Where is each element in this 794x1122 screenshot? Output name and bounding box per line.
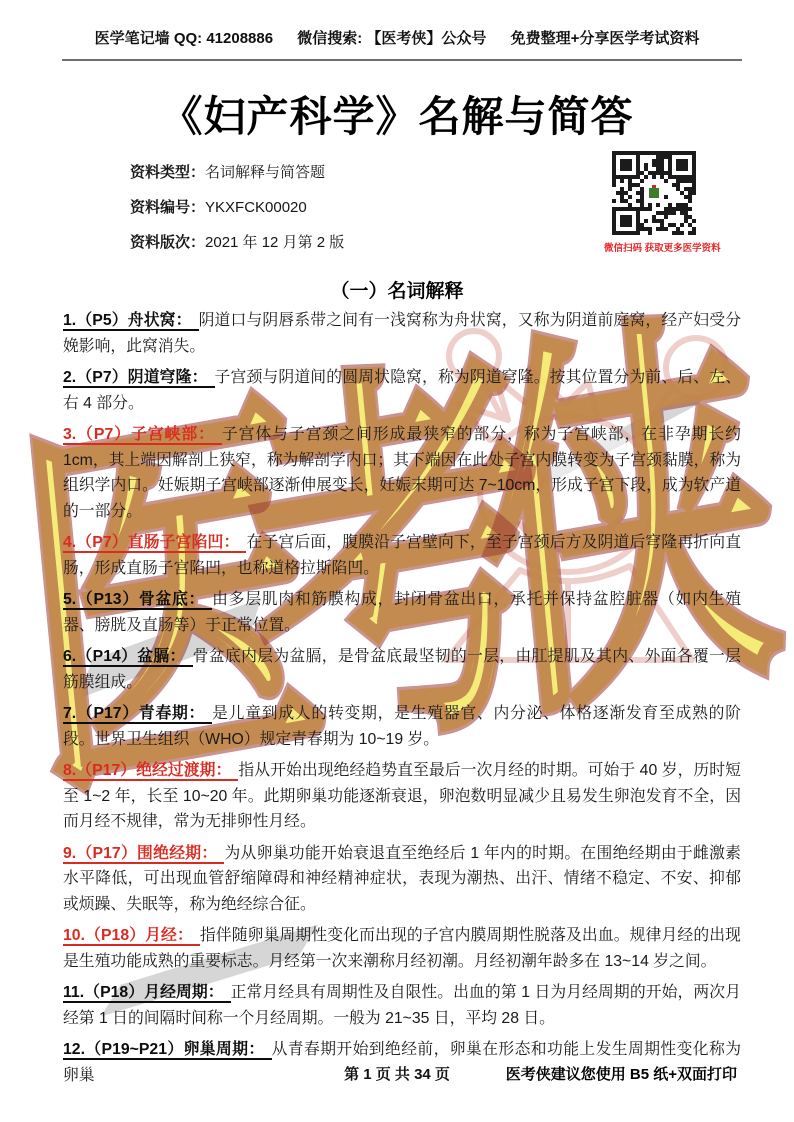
qr-block: 微信扫码 获取更多医学资料: [604, 149, 704, 254]
meta-value: YKXFCK00020: [205, 199, 307, 216]
print-suggestion: 医考侠建议您使用 B5 纸+双面打印: [506, 1063, 737, 1084]
meta-row-number: 资料编号：YKXFCK00020: [130, 190, 344, 225]
term-item: 1.（P5）舟状窝：阴道口与阴唇系带之间有一浅窝称为舟状窝，又称为阴道前庭窝，经…: [63, 308, 741, 359]
wechat-qr-code: [610, 149, 698, 237]
meta-row-type: 资料类型：名词解释与简答题: [130, 155, 344, 190]
header-divider: [62, 59, 742, 61]
term-head: 6.（P14）盆膈：: [63, 648, 193, 667]
term-head: 11.（P18）月经周期：: [63, 984, 231, 1003]
term-item: 10.（P18）月经：指伴随卵巢周期性变化而出现的子宫内膜周期性脱落及出血。规律…: [63, 923, 741, 974]
document-title: 《妇产科学》名解与简答: [0, 84, 794, 144]
page-header: 医学笔记墙 QQ: 41208886 微信搜索: 【医考侠】公众号 免费整理+分…: [0, 27, 794, 48]
section-title: （一）名词解释: [0, 276, 794, 303]
term-head: 10.（P18）月经：: [63, 927, 200, 946]
term-item: 7.（P17）青春期：是儿童到成人的转变期，是生殖器官、内分泌、体格逐渐发育至成…: [63, 701, 741, 752]
term-item: 6.（P14）盆膈：骨盆底内层为盆膈，是骨盆底最坚韧的一层，由肛提肌及其内、外面…: [63, 644, 741, 695]
meta-value: 2021 年 12 月第 2 版: [205, 234, 344, 251]
meta-label: 资料版次：: [130, 234, 205, 251]
term-head: 12.（P19~P21）卵巢周期：: [63, 1041, 272, 1060]
term-head: 1.（P5）舟状窝：: [63, 312, 199, 331]
meta-value: 名词解释与简答题: [205, 164, 325, 181]
term-item: 5.（P13）骨盆底：由多层肌肉和筋膜构成，封闭骨盆出口，承托并保持盆腔脏器（如…: [63, 587, 741, 638]
term-item: 3.（P7）子宫峡部：子宫体与子宫颈之间形成最狭窄的部分，称为子宫峡部，在非孕期…: [63, 422, 741, 524]
terms-list: 1.（P5）舟状窝：阴道口与阴唇系带之间有一浅窝称为舟状窝，又称为阴道前庭窝，经…: [63, 308, 741, 1094]
meta-label: 资料编号：: [130, 199, 205, 216]
term-item: 2.（P7）阴道穹隆：子宫颈与阴道间的圆周状隐窝，称为阴道穹隆。按其位置分为前、…: [63, 365, 741, 416]
term-head: 3.（P7）子宫峡部：: [63, 426, 222, 445]
term-item: 11.（P18）月经周期：正常月经具有周期性及自限性。出血的第 1 日为月经周期…: [63, 980, 741, 1031]
term-item: 8.（P17）绝经过渡期：指从开始出现绝经趋势直至最后一次月经的时期。可始于 4…: [63, 758, 741, 835]
term-head: 2.（P7）阴道穹隆：: [63, 369, 215, 388]
header-slogan: 免费整理+分享医学考试资料: [511, 30, 700, 47]
qr-caption: 微信扫码 获取更多医学资料: [604, 240, 704, 254]
meta-block: 资料类型：名词解释与简答题 资料编号：YKXFCK00020 资料版次：2021…: [130, 155, 344, 260]
term-head: 4.（P7）直肠子宫陷凹：: [63, 534, 246, 553]
header-qq-contact: 医学笔记墙 QQ: 41208886: [95, 30, 273, 47]
term-item: 9.（P17）围绝经期：为从卵巢功能开始衰退直至绝经后 1 年内的时期。在围绝经…: [63, 841, 741, 918]
term-head: 7.（P17）青春期：: [63, 705, 212, 724]
term-head: 5.（P13）骨盆底：: [63, 591, 212, 610]
term-head: 9.（P17）围绝经期：: [63, 845, 224, 864]
meta-label: 资料类型：: [130, 164, 205, 181]
meta-row-edition: 资料版次：2021 年 12 月第 2 版: [130, 225, 344, 260]
document-page: { "header": { "parts": [ "医学笔记墙 QQ: 4120…: [0, 0, 794, 1122]
term-item: 4.（P7）直肠子宫陷凹：在子宫后面，腹膜沿子宫壁向下，至子宫颈后方及阴道后穹隆…: [63, 530, 741, 581]
header-wechat-search: 微信搜索: 【医考侠】公众号: [297, 30, 486, 47]
term-head: 8.（P17）绝经过渡期：: [63, 762, 238, 781]
